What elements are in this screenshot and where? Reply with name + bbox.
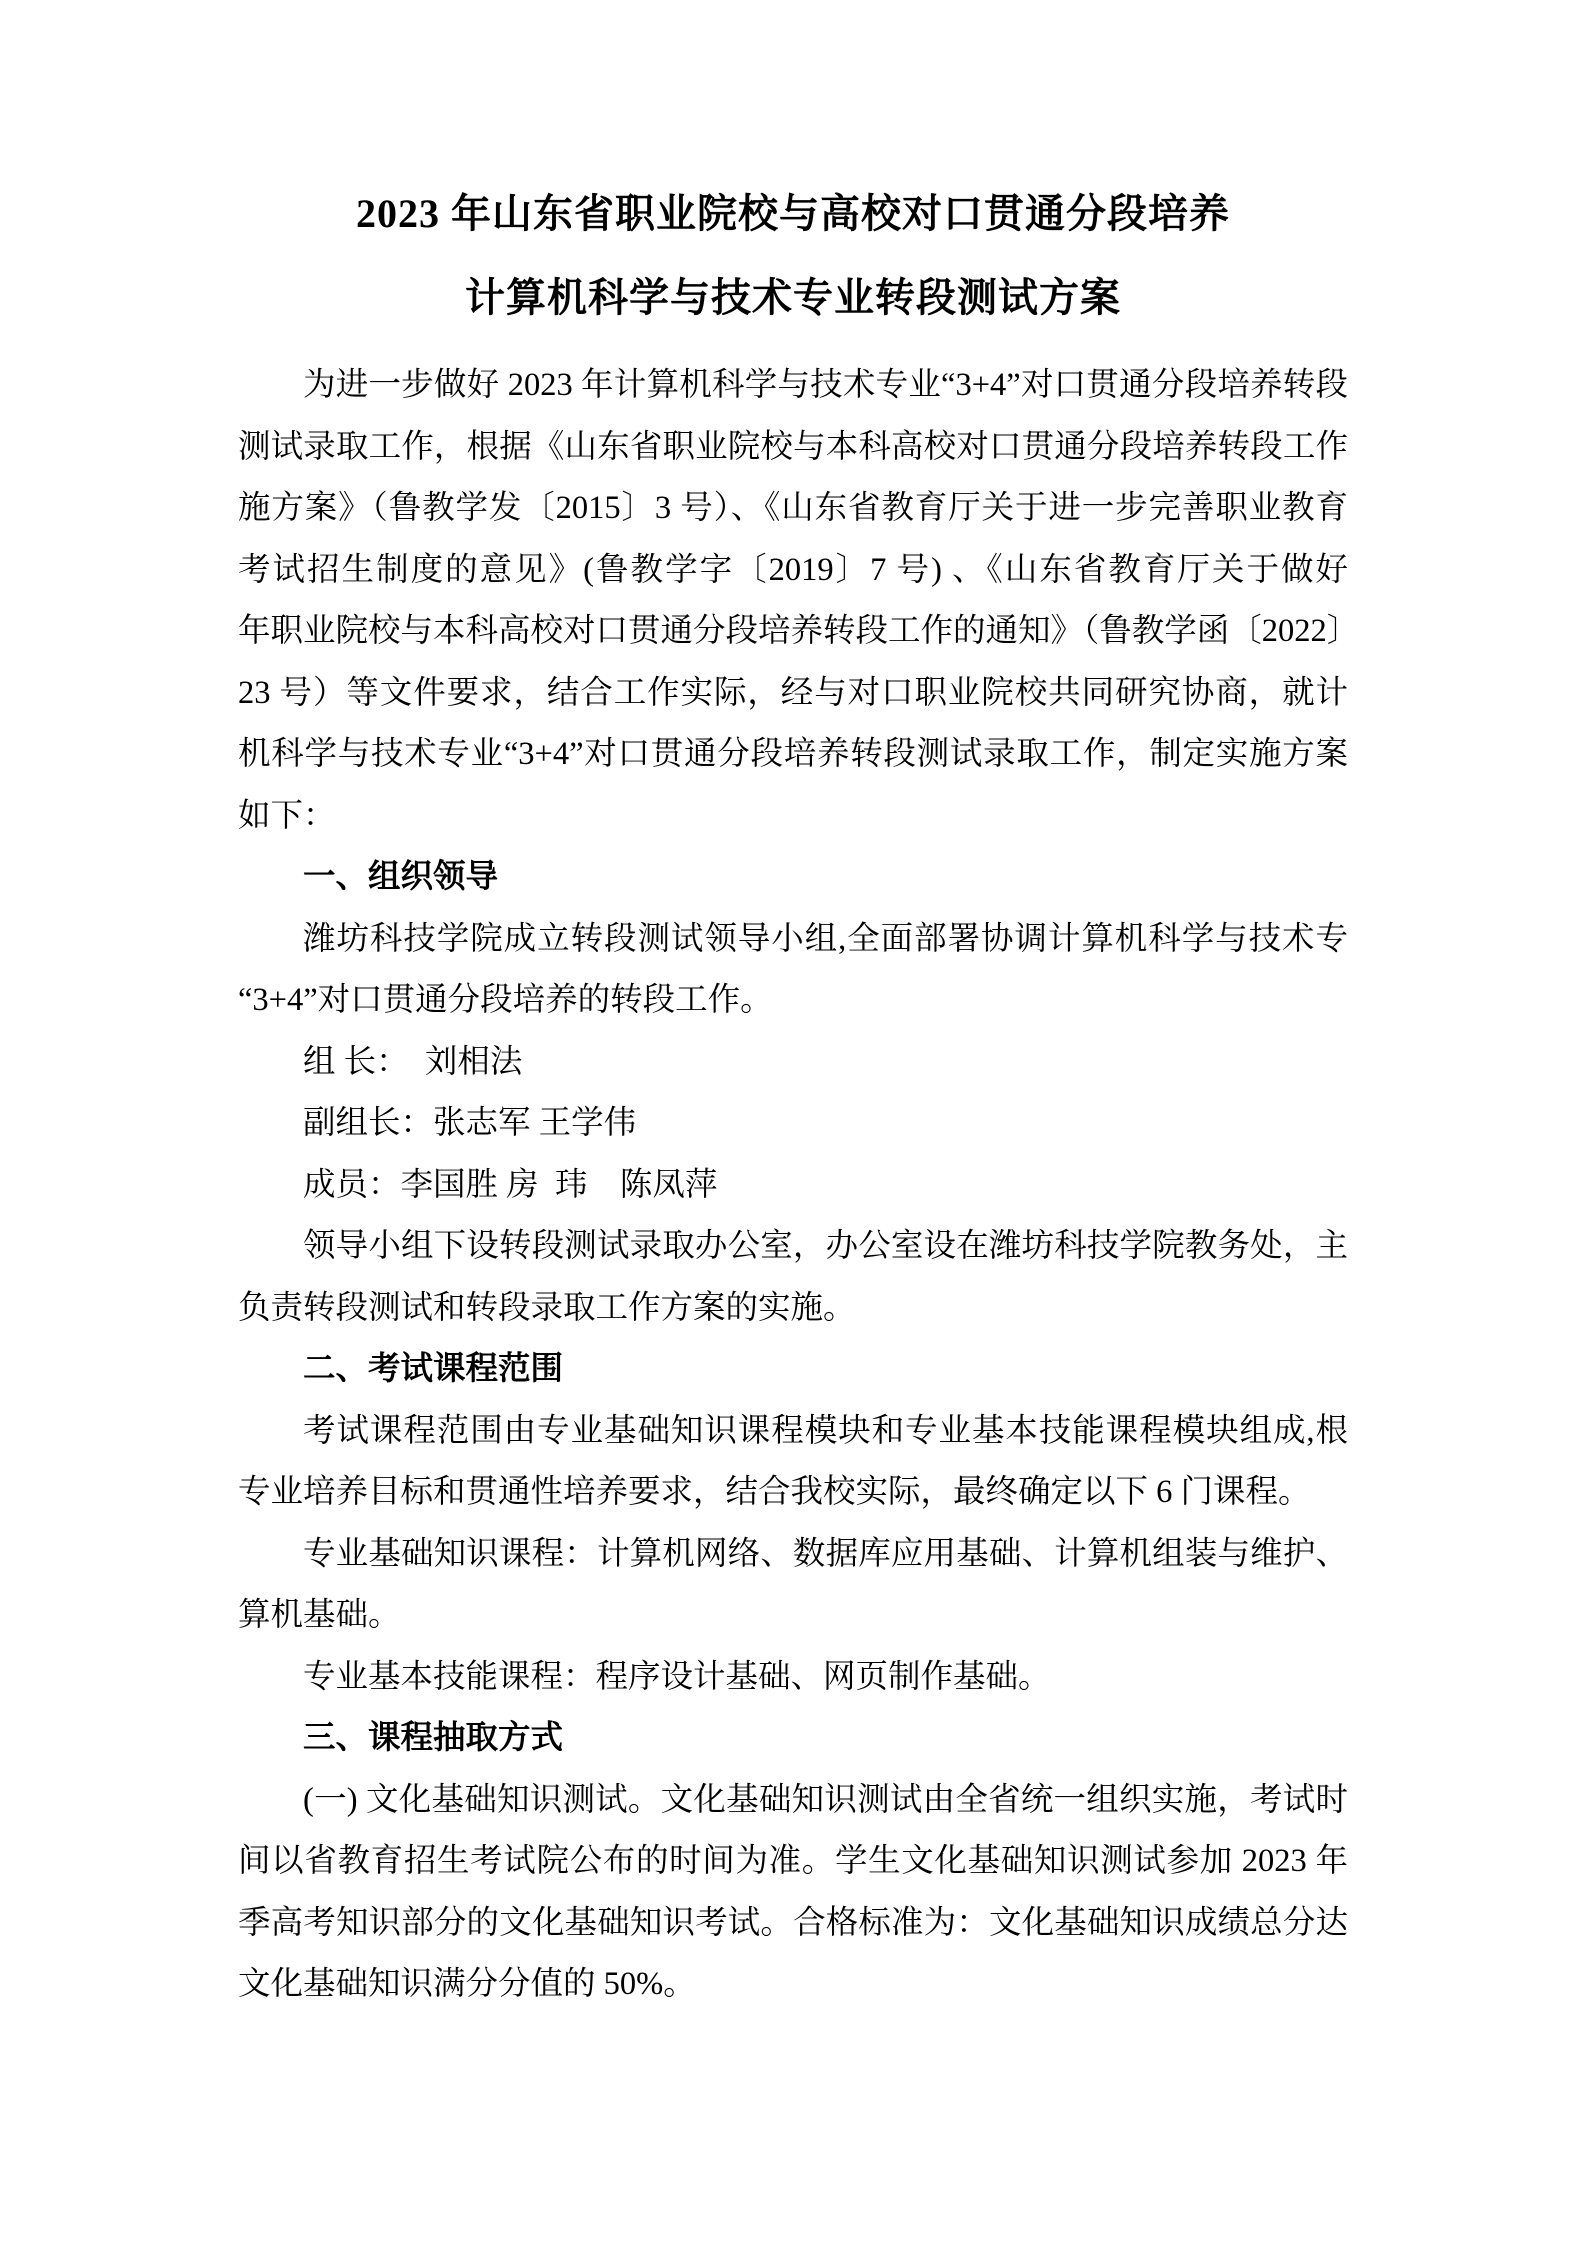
office-paragraph-line: 负责转段测试和转段录取工作方案的实施。 [238, 1278, 1348, 1340]
culture-test-paragraph-line: 季高考知识部分的文化基础知识考试。合格标准为：文化基础知识成绩总分达到 [238, 1893, 1348, 1955]
section-heading-exam-scope: 二、考试课程范围 [238, 1339, 1348, 1401]
exam-scope-paragraph-line: 考试课程范围由专业基础知识课程模块和专业基本技能课程模块组成,根据 [238, 1401, 1348, 1463]
document-title: 2023 年山东省职业院校与高校对口贯通分段培养 计算机科学与技术专业转段测试方… [238, 172, 1348, 340]
intro-paragraph-line: 施方案》（鲁教学发〔2015〕3 号）、《山东省教育厅关于进一步完善职业教育 [238, 478, 1348, 540]
intro-paragraph-line: 机科学与技术专业“3+4”对口贯通分段培养转段测试录取工作，制定实施方案 [238, 724, 1348, 786]
exam-scope-paragraph-line: 专业培养目标和贯通性培养要求，结合我校实际，最终确定以下 6 门课程。 [238, 1462, 1348, 1524]
intro-paragraph-line: 测试录取工作，根据《山东省职业院校与本科高校对口贯通分段培养转段工作实 [238, 417, 1348, 479]
knowledge-courses-line: 专业基础知识课程：计算机网络、数据库应用基础、计算机组装与维护、计 [238, 1524, 1348, 1586]
title-line-1: 2023 年山东省职业院校与高校对口贯通分段培养 [238, 172, 1348, 256]
culture-test-paragraph-line: 间以省教育招生考试院公布的时间为准。学生文化基础知识测试参加 2023 年春 [238, 1831, 1348, 1893]
skill-courses-line: 专业基本技能课程：程序设计基础、网页制作基础。 [238, 1647, 1348, 1709]
document-body: 为进一步做好 2023 年计算机科学与技术专业“3+4”对口贯通分段培养转段 测… [238, 355, 1348, 2016]
organization-paragraph-line: 潍坊科技学院成立转段测试领导小组,全面部署协调计算机科学与技术专业 [238, 909, 1348, 971]
section-heading-organization: 一、组织领导 [238, 847, 1348, 909]
knowledge-courses-line: 算机基础。 [238, 1585, 1348, 1647]
intro-paragraph-line: 考试招生制度的意见》(鲁教学字〔2019〕7 号) 、《山东省教育厅关于做好 2… [238, 540, 1348, 602]
intro-paragraph-line: 23 号）等文件要求，结合工作实际，经与对口职业院校共同研究协商，就计算 [238, 663, 1348, 725]
deputy-leader-line: 副组长：张志军 王学伟 [238, 1093, 1348, 1155]
section-heading-course-selection: 三、课程抽取方式 [238, 1708, 1348, 1770]
group-leader-line: 组 长： 刘相法 [238, 1032, 1348, 1094]
members-line: 成员：李国胜 房 玮 陈凤萍 [238, 1155, 1348, 1217]
title-line-2: 计算机科学与技术专业转段测试方案 [238, 256, 1348, 340]
intro-paragraph-line: 年职业院校与本科高校对口贯通分段培养转段工作的通知》（鲁教学函〔2022〕 [238, 601, 1348, 663]
office-paragraph-line: 领导小组下设转段测试录取办公室，办公室设在潍坊科技学院教务处，主要 [238, 1216, 1348, 1278]
intro-paragraph-line: 为进一步做好 2023 年计算机科学与技术专业“3+4”对口贯通分段培养转段 [238, 355, 1348, 417]
document-page: 2023 年山东省职业院校与高校对口贯通分段培养 计算机科学与技术专业转段测试方… [0, 0, 1586, 2244]
culture-test-paragraph-line: (一) 文化基础知识测试。文化基础知识测试由全省统一组织实施，考试时 [238, 1770, 1348, 1832]
organization-paragraph-line: “3+4”对口贯通分段培养的转段工作。 [238, 970, 1348, 1032]
culture-test-paragraph-line: 文化基础知识满分分值的 50%。 [238, 1954, 1348, 2016]
intro-paragraph-line: 如下： [238, 786, 1348, 848]
